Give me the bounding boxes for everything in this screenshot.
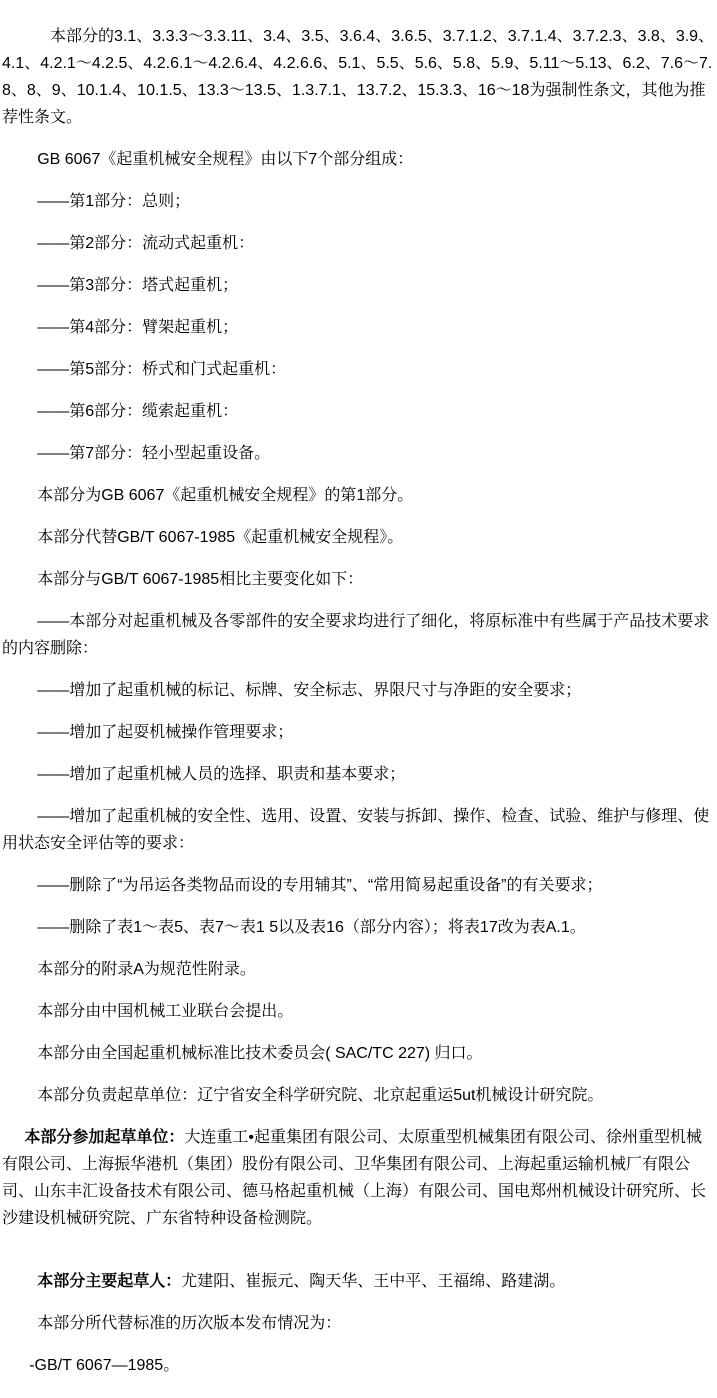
paragraph-this-part: 本部分为GB 6067《起重机械安全规程》的第1部分。 [2,482,715,509]
participating-units-label: 本部分参加起草单位： [24,1129,184,1146]
paragraph-replaces: 本部分代替GB/T 6067-1985《起重机械安全规程》。 [2,524,715,551]
main-drafters-label: 本部分主要起草人： [37,1273,181,1290]
main-drafters-list: 尤建阳、崔振元、陶天华、王中平、王福绵、路建湖。 [181,1273,565,1290]
list-item-change-2: ——增加了起重机械的标记、标牌、安全标志、界限尺寸与净距的安全要求； [2,677,715,704]
paragraph-previous-editions-intro: 本部分所代替标准的历次版本发布情况为： [2,1310,715,1337]
list-item-part-3: ——第3部分：塔式起重机； [2,272,715,299]
paragraph-parts-intro: GB 6067《起重机械安全规程》由以下7个部分组成： [2,146,715,173]
list-item-change-4: ——增加了起重机械人员的选择、职责和基本要求； [2,761,715,788]
list-item-part-6: ——第6部分：缆索起重机： [2,398,715,425]
list-item-change-3: ——增加了起耍机械操作管理要求； [2,719,715,746]
paragraph-changes-intro: 本部分与GB/T 6067-1985相比主要变化如下： [2,566,715,593]
paragraph-main-drafters: 本部分主要起草人：尤建阳、崔振元、陶天华、王中平、王福绵、路建湖。 [2,1268,715,1295]
paragraph-centralized-by: 本部分由全国起重机械标准比技术委员会( SAC/TC 227) 归口。 [2,1040,715,1067]
list-item-part-7: ——第7部分：轻小型起重设备。 [2,440,715,467]
paragraph-chief-drafting-units: 本部分负责起草单位：辽宁省安全科学研究院、北京起重运5ut机械设计研究院。 [2,1082,715,1109]
list-item-part-1: ——第1部分：总则； [2,188,715,215]
list-item-change-1: ——本部分对起重机械及各零部件的安全要求均进行了细化，将原标准中有些属于产品技术… [2,608,715,662]
list-item-change-5: ——增加了起重机械的安全性、选用、设置、安装与拆卸、操作、检查、试验、维护与修理… [2,803,715,857]
paragraph-mandatory-clauses: 本部分的3.1、3.3.3～3.3.11、3.4、3.5、3.6.4、3.6.5… [2,23,715,131]
list-item-change-7: ——删除了表1～表5、表7～表1 5以及表16（部分内容）；将表17改为表A.1… [2,914,715,941]
list-item-part-4: ——第4部分：臂架起重机； [2,314,715,341]
list-item-part-2: ——第2部分：流动式起重机： [2,230,715,257]
paragraph-participating-units: 本部分参加起草单位：大连重工•起重集团有限公司、太原重型机械集团有限公司、徐州重… [2,1124,715,1232]
document-page: 本部分的3.1、3.3.3～3.3.11、3.4、3.5、3.6.4、3.6.5… [2,23,715,1379]
paragraph-appendix: 本部分的附录A为规范性附录。 [2,956,715,983]
paragraph-previous-edition-ref: -GB/T 6067—1985。 [2,1352,715,1379]
paragraph-proposed-by: 本部分由中国机械工业联台会提出。 [2,998,715,1025]
list-item-change-6: ——删除了“为吊运各类物品而设的专用辅其”、“常用简易起重设备”的有关要求； [2,872,715,899]
list-item-part-5: ——第5部分：桥式和门式起重机： [2,356,715,383]
